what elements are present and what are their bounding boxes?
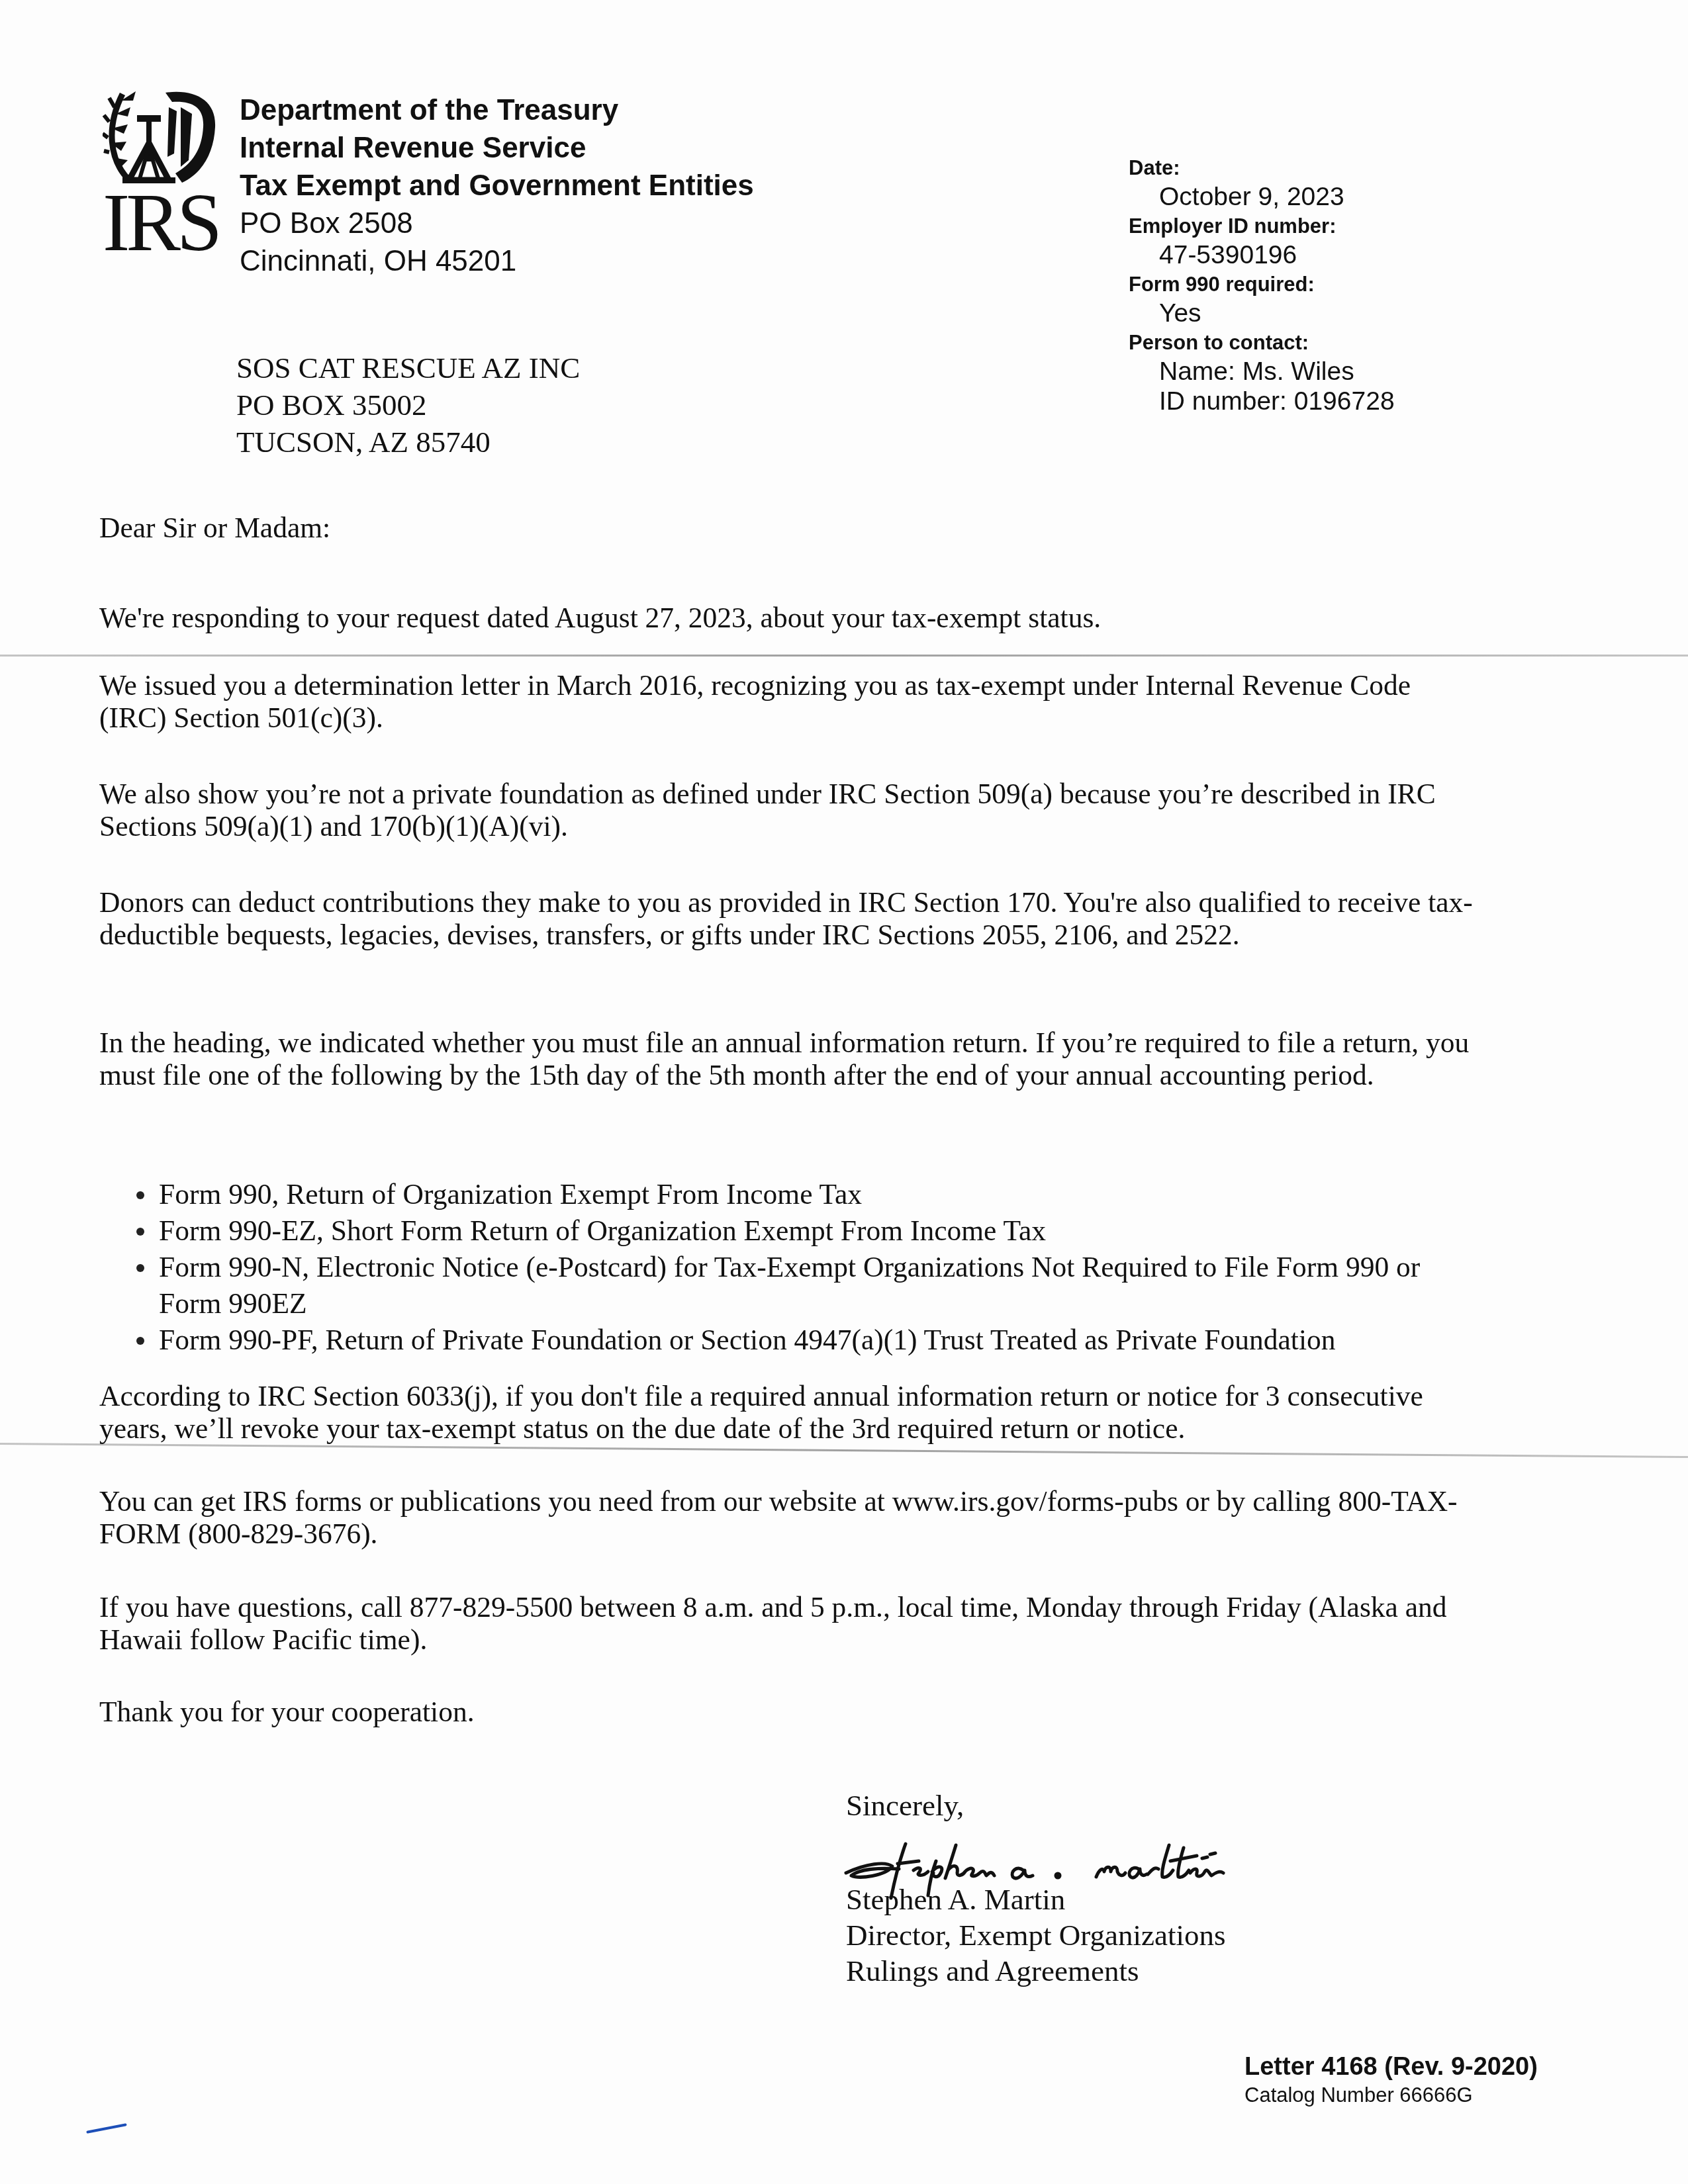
paragraph-forms-website: You can get IRS forms or publications yo… <box>99 1486 1476 1551</box>
form990-value: Yes <box>1129 298 1395 328</box>
bullet-icon <box>136 1228 144 1236</box>
contact-id: ID number: 0196728 <box>1129 387 1395 416</box>
contact-label: Person to contact: <box>1129 328 1395 357</box>
letter-page: IRS Department of the Treasury Internal … <box>0 0 1688 2184</box>
list-item: Form 990-PF, Return of Private Foundatio… <box>132 1322 1476 1359</box>
bullet-icon <box>136 1191 144 1199</box>
ein-label: Employer ID number: <box>1129 212 1395 240</box>
recipient-name: SOS CAT RESCUE AZ INC <box>236 349 580 387</box>
sender-address: Department of the Treasury Internal Reve… <box>240 91 754 280</box>
form-990-pf: Form 990-PF, Return of Private Foundatio… <box>159 1324 1336 1356</box>
paragraph-questions: If you have questions, call 877-829-5500… <box>99 1592 1476 1657</box>
sender-po-box: PO Box 2508 <box>240 205 754 242</box>
sender-department: Department of the Treasury <box>240 91 754 129</box>
salutation: Dear Sir or Madam: <box>99 512 1476 545</box>
letter-info-block: Date: October 9, 2023 Employer ID number… <box>1129 154 1395 416</box>
signer-title: Director, Exempt Organizations <box>846 1917 1225 1954</box>
recipient-po-box: PO BOX 35002 <box>236 387 580 424</box>
paragraph-thanks: Thank you for your cooperation. <box>99 1696 1476 1729</box>
date-value: October 9, 2023 <box>1129 182 1395 212</box>
list-item: Form 990, Return of Organization Exempt … <box>132 1177 1476 1213</box>
pen-mark <box>86 2123 127 2134</box>
list-item: Form 990-EZ, Short Form Return of Organi… <box>132 1213 1476 1250</box>
form990-label: Form 990 required: <box>1129 270 1395 298</box>
irs-wordmark: IRS <box>103 187 222 259</box>
list-item: Form 990-N, Electronic Notice (e-Postcar… <box>132 1250 1476 1322</box>
fold-line <box>0 655 1688 657</box>
irs-logo: IRS <box>103 87 222 258</box>
paragraph-request: We're responding to your request dated A… <box>99 602 1476 635</box>
form-990: Form 990, Return of Organization Exempt … <box>159 1179 862 1210</box>
date-label: Date: <box>1129 154 1395 182</box>
paragraph-revocation: According to IRC Section 6033(j), if you… <box>99 1381 1476 1445</box>
contact-name: Name: Ms. Wiles <box>1129 357 1395 387</box>
valediction: Sincerely, <box>846 1787 964 1824</box>
recipient-city: TUCSON, AZ 85740 <box>236 424 580 461</box>
signer-department: Rulings and Agreements <box>846 1952 1139 1989</box>
sender-city: Cincinnati, OH 45201 <box>240 242 754 280</box>
form-footer: Letter 4168 (Rev. 9-2020) Catalog Number… <box>1244 2052 1538 2109</box>
bullet-icon <box>136 1264 144 1272</box>
sender-division: Tax Exempt and Government Entities <box>240 167 754 205</box>
form-list: Form 990, Return of Organization Exempt … <box>132 1177 1476 1359</box>
recipient-address: SOS CAT RESCUE AZ INC PO BOX 35002 TUCSO… <box>236 349 580 461</box>
signer-name: Stephen A. Martin <box>846 1881 1065 1918</box>
paragraph-foundation-status: We also show you’re not a private founda… <box>99 778 1476 843</box>
irs-eagle-scales-icon <box>103 87 222 187</box>
paragraph-filing: In the heading, we indicated whether you… <box>99 1027 1476 1092</box>
paragraph-determination: We issued you a determination letter in … <box>99 670 1476 735</box>
form-990-n: Form 990-N, Electronic Notice (e-Postcar… <box>159 1251 1420 1320</box>
paragraph-deductibility: Donors can deduct contributions they mak… <box>99 887 1476 952</box>
letter-number: Letter 4168 (Rev. 9-2020) <box>1244 2052 1538 2082</box>
sender-agency: Internal Revenue Service <box>240 129 754 167</box>
ein-value: 47-5390196 <box>1129 240 1395 270</box>
form-990-ez: Form 990-EZ, Short Form Return of Organi… <box>159 1215 1046 1247</box>
bullet-icon <box>136 1337 144 1345</box>
catalog-number: Catalog Number 66666G <box>1244 2082 1538 2109</box>
